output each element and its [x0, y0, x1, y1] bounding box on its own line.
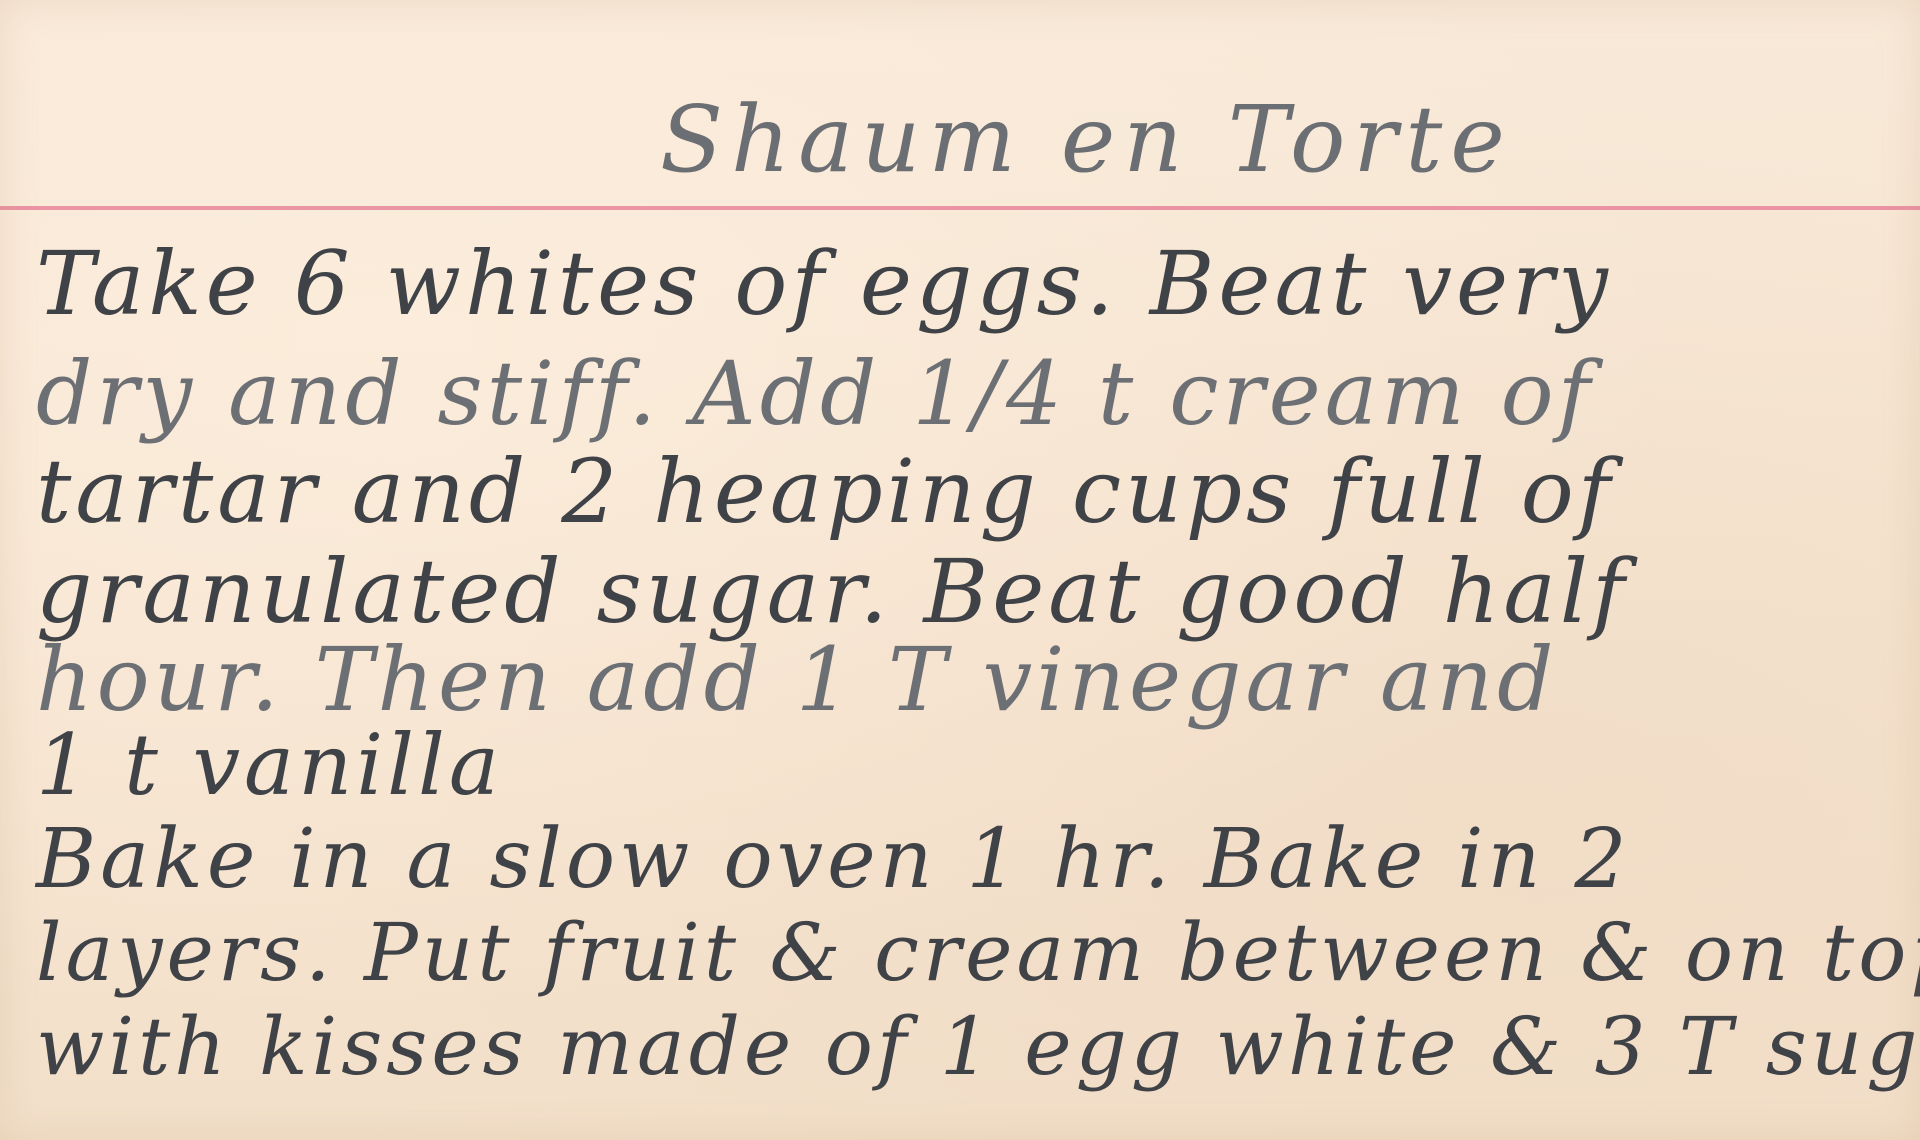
recipe-line-8: layers. Put fruit & cream between & on t…	[36, 906, 1920, 999]
recipe-card: Shaum en Torte Take 6 whites of eggs. Be…	[0, 0, 1920, 1140]
recipe-line-6: 1 t vanilla	[36, 716, 503, 814]
recipe-line-7: Bake in a slow oven 1 hr. Bake in 2	[36, 812, 1631, 907]
recipe-line-3: tartar and 2 heaping cups full of	[36, 440, 1614, 543]
header-rule	[0, 206, 1920, 210]
recipe-line-9: with kisses made of 1 egg white & 3 T su…	[36, 1000, 1920, 1093]
recipe-line-2: dry and stiff. Add 1/4 t cream of	[36, 342, 1594, 445]
recipe-title: Shaum en Torte	[660, 86, 1513, 193]
recipe-line-1: Take 6 whites of eggs. Beat very	[36, 232, 1612, 335]
